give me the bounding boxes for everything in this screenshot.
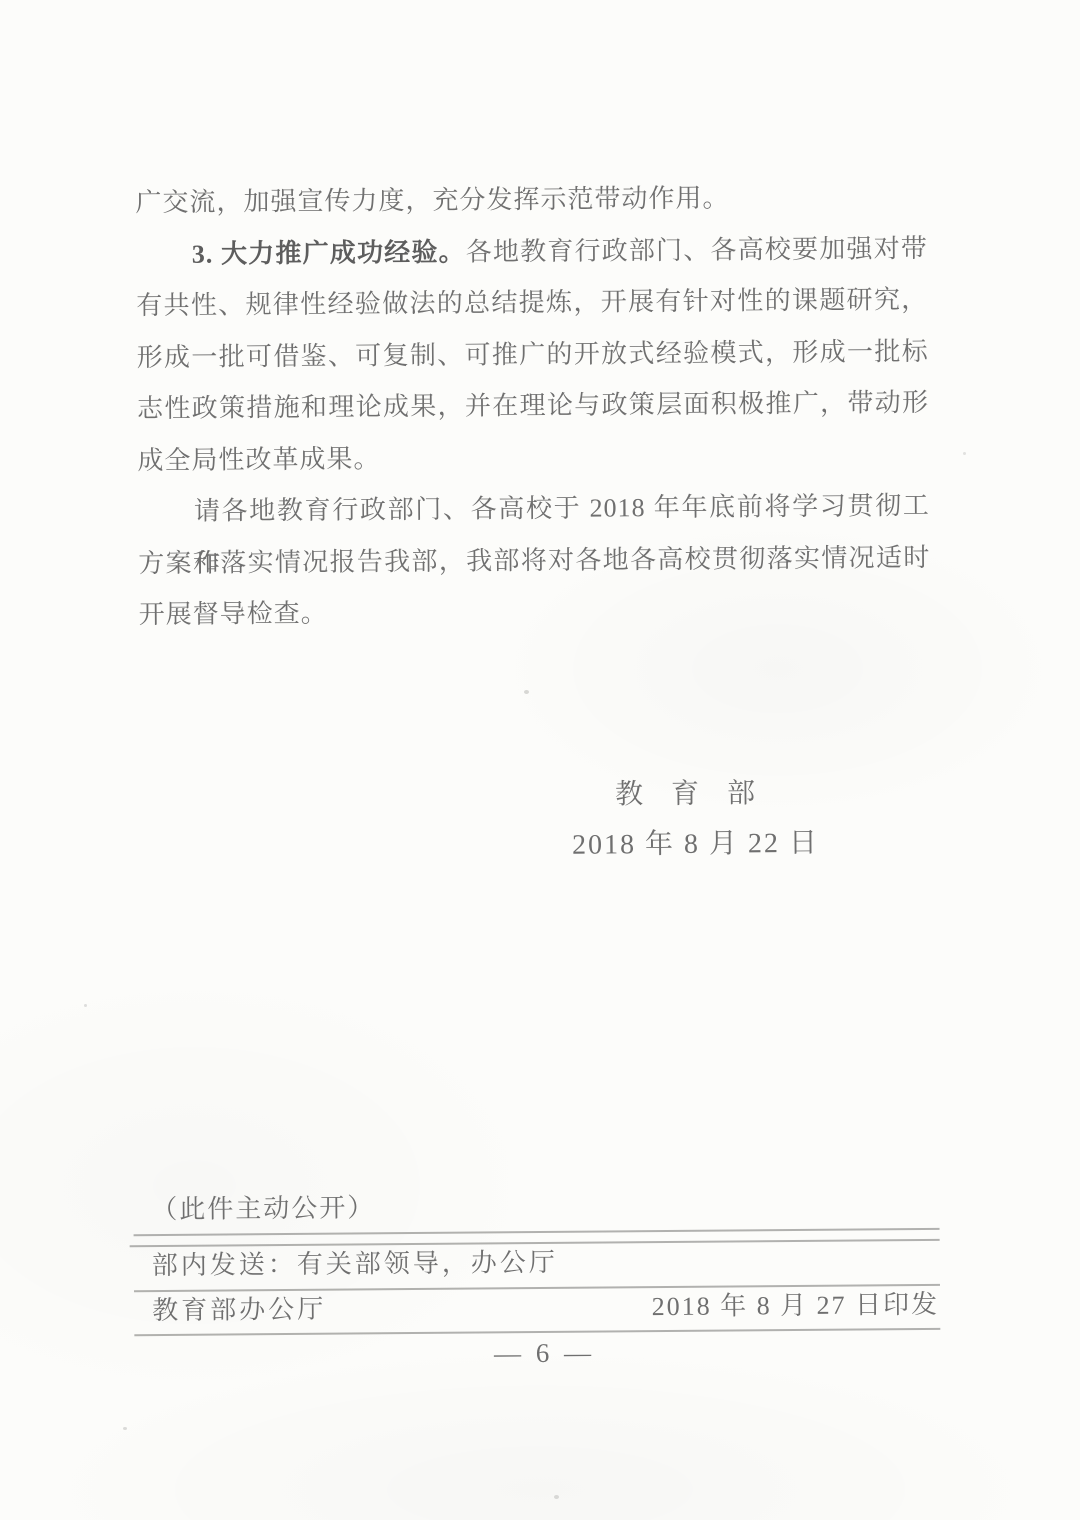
scanned-document-page: 广交流，加强宣传力度，充分发挥示范带动作用。 3. 大力推广成功经验。各地教育行…	[0, 0, 1080, 1520]
body-line: 形成一批可借鉴、可复制、可推广的开放式经验模式，形成一批标	[136, 325, 928, 383]
publicity-note: （此件主动公开）	[151, 1191, 375, 1227]
point3-text-start: 各地教育行政部门、各高校要加强对带	[466, 233, 928, 266]
body-line-para3-start: 请各地教育行政部门、各高校于 2018 年年底前将学习贯彻工作	[138, 480, 930, 538]
body-line: 方案和落实情况报告我部，我部将对各地各高校贯彻落实情况适时	[138, 531, 930, 589]
signature-date: 2018 年 8 月 22 日	[530, 826, 860, 863]
body-line-point3: 3. 大力推广成功经验。各地教育行政部门、各高校要加强对带	[136, 222, 928, 280]
colophon-top-rule-upper	[134, 1228, 940, 1236]
document-sheet: 广交流，加强宣传力度，充分发挥示范带动作用。 3. 大力推广成功经验。各地教育行…	[0, 0, 1080, 1520]
issuing-office: 教育部办公厅	[152, 1293, 326, 1328]
scan-speck	[554, 1495, 559, 1499]
issuer-row: 教育部办公厅 2018 年 8 月 27 日印发	[152, 1288, 939, 1328]
body-line-para2-end: 成全局性改革成果。	[137, 428, 929, 486]
distribution-row: 部内发送：有关部领导，办公厅	[152, 1246, 558, 1283]
scan-speck	[963, 452, 966, 455]
page-number: — 6 —	[4, 1333, 1080, 1373]
scan-speck	[84, 1004, 87, 1007]
body-line-para1-end: 广交流，加强宣传力度，充分发挥示范带动作用。	[135, 171, 927, 229]
body-line: 有共性、规律性经验做法的总结提炼，开展有针对性的课题研究，	[136, 274, 928, 332]
scan-speck	[524, 690, 529, 694]
body-line: 志性政策措施和理论成果，并在理论与政策层面积极推广，带动形	[137, 377, 929, 435]
point3-heading: 3. 大力推广成功经验。	[192, 237, 466, 268]
signature-organization: 教 育 部	[540, 777, 830, 813]
print-date: 2018 年 8 月 27 日印发	[651, 1288, 939, 1324]
scan-speck	[123, 1427, 127, 1430]
document-body: 广交流，加强宣传力度，充分发挥示范带动作用。 3. 大力推广成功经验。各地教育行…	[135, 171, 931, 641]
body-line-para3-end: 开展督导检查。	[138, 583, 930, 641]
